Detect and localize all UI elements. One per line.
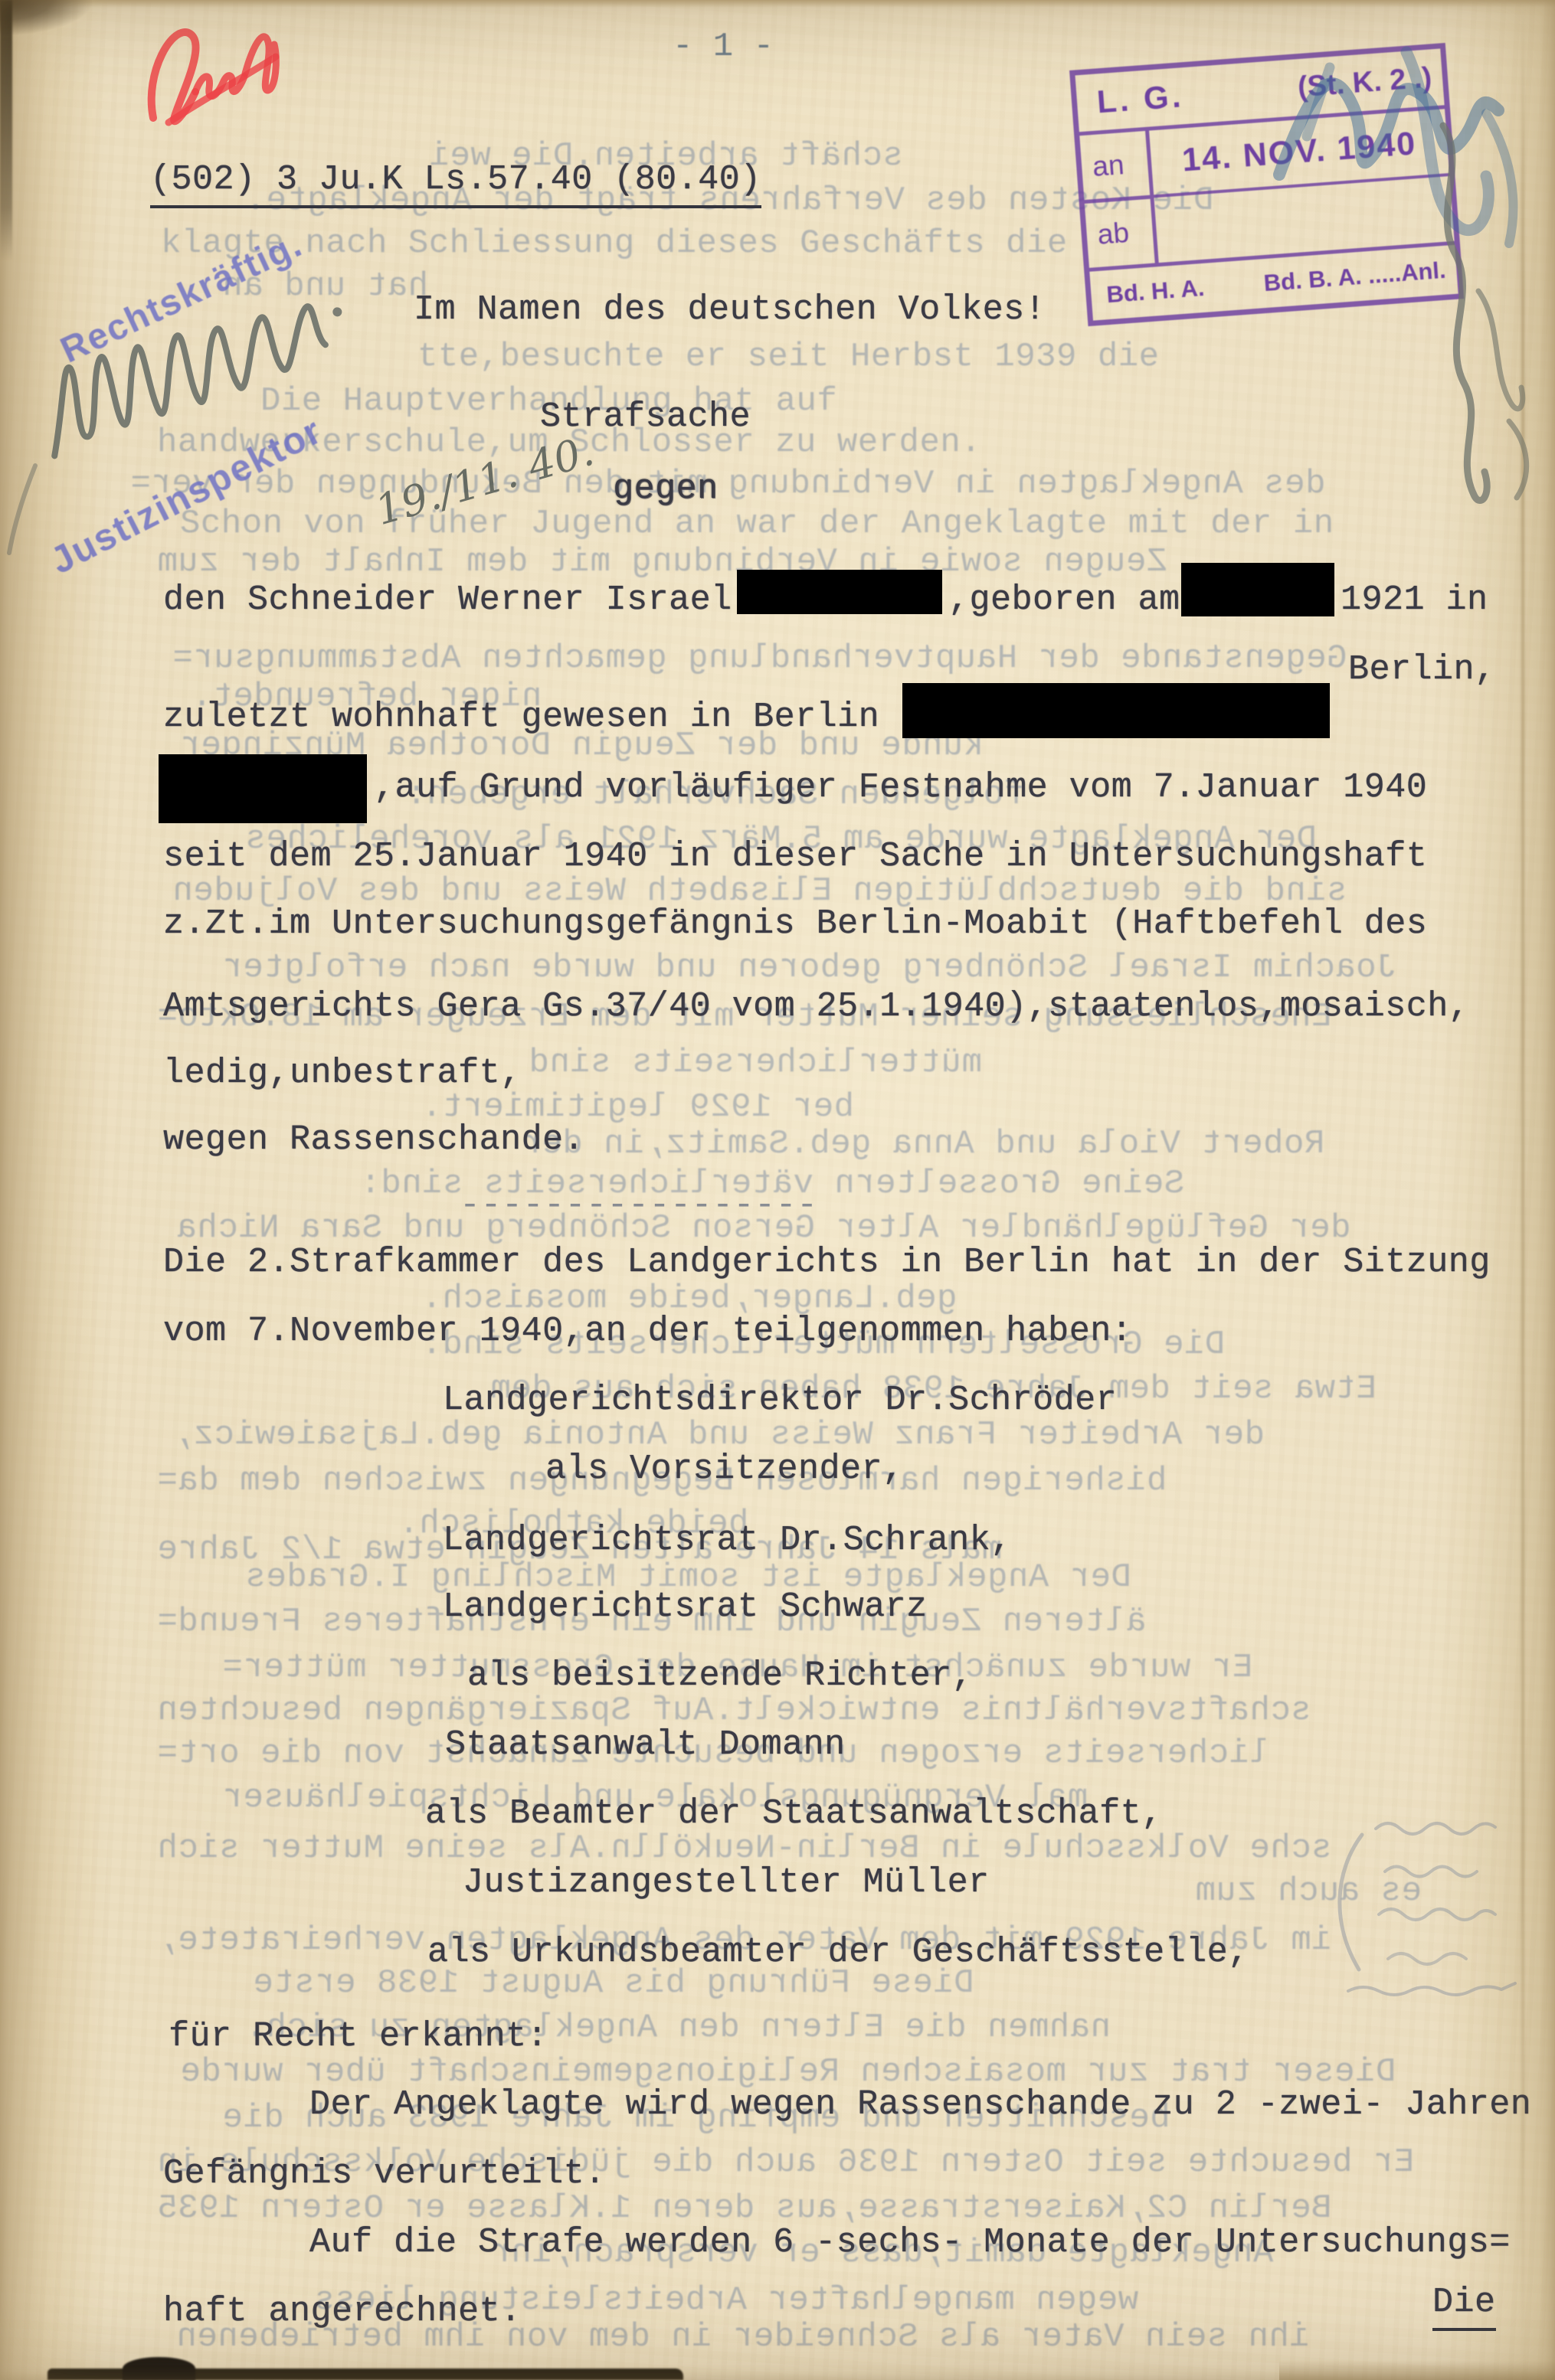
bleedthrough-text: sche Volksschule in Berlin-Neukölln.Als … — [157, 1832, 1332, 1865]
verdict-intro: für Recht erkannt: — [169, 2016, 548, 2057]
arrest-line-2: seit dem 25.Januar 1940 in dieser Sache … — [163, 836, 1427, 877]
paper-crease — [1521, 0, 1524, 2380]
justizinspektor-stamp: Justizinspektor — [44, 409, 329, 583]
bleedthrough-text: Berlin C2,Kaiserstrasse,aus deren 1.Klas… — [157, 2192, 1332, 2225]
paper-left-edge — [0, 0, 12, 260]
arrest-line-3: z.Zt.im Untersuchungsgefängnis Berlin-Mo… — [163, 904, 1427, 944]
verdict-line-1: Der Angeklagte wird wegen Rassenschande … — [309, 2084, 1531, 2125]
arrest-line-5: ledig,unbestraft, — [163, 1053, 522, 1094]
bleedthrough-text: schaftsverhältnis entwickelt.Auf Spazier… — [157, 1694, 1311, 1728]
redaction-box-address-1 — [902, 683, 1330, 738]
prosecutor-role: als Beamter der Staatsanwaltschaft, — [425, 1793, 1163, 1834]
redaction-box-surname — [737, 570, 942, 614]
paper-bottom-tear — [123, 2357, 195, 2380]
verdict-line-2: Gefängnis verurteilt. — [163, 2153, 606, 2194]
bleedthrough-text: Zeugen sowie in Verbindung mit dem Inhal… — [157, 545, 1167, 579]
paper-corner-shadow — [0, 0, 92, 35]
bleedthrough-text: Joachim Israel Schönberg geboren und wur… — [222, 951, 1397, 985]
catchword: Die — [1432, 2282, 1496, 2331]
verdict-line-3: Auf die Strafe werden 6 -sechs- Monate d… — [309, 2222, 1511, 2263]
bleedthrough-text: der Arbeiter Franz Weiss und Antonia geb… — [172, 1418, 1265, 1452]
redaction-box-birthdate — [1181, 563, 1334, 616]
paper-top-edge — [0, 0, 1555, 8]
clerk: Justizangestellter Müller — [463, 1862, 990, 1903]
judge-2: Landgerichtsrat Dr.Schrank, — [443, 1520, 1012, 1561]
arrest-line-4: Amtsgerichts Gera Gs.37/40 vom 25.1.1940… — [163, 986, 1469, 1027]
bleedthrough-text: mütterlicherseits sind — [529, 1046, 982, 1080]
registry-date-stamp: L. G. (St. K. 2 .) an ab 14. NOV. 1940 B… — [1069, 43, 1464, 326]
bleedthrough-text: Gegenstande der Hauptverhandlung gemacht… — [172, 642, 1347, 675]
scanned-court-document: schäft arbeiten.Die weiDie Kosten des Ve… — [0, 0, 1555, 2380]
judge-presiding-role: als Vorsitzender, — [545, 1449, 904, 1489]
stamp-court-abbr: L. G. — [1095, 77, 1185, 120]
pencil-marginalia — [1311, 1798, 1549, 2020]
arrest-line-1: ,auf Grund vorläufiger Festnahme vom 7.J… — [374, 767, 1427, 808]
redaction-box-address-2 — [159, 754, 367, 823]
stamp-volume-left: Bd. H. A. — [1105, 274, 1205, 309]
accused-city: Berlin, — [1348, 649, 1496, 690]
judgment-title: Im Namen des deutschen Volkes! — [414, 289, 1046, 330]
bleedthrough-text: tte,besuchte er seit Herbst 1939 die — [417, 340, 1160, 374]
court-line-2: vom 7.November 1940,an der teilgenommen … — [163, 1311, 1132, 1352]
handwritten-date: 19./11. 40. — [370, 427, 599, 535]
stamp-row-ab: ab — [1085, 199, 1155, 268]
pencil-margin-mark — [2, 459, 47, 559]
prosecutor: Staatsanwalt Domann — [445, 1725, 846, 1765]
paper-bottom-shadow — [1279, 2360, 1555, 2380]
court-line-1: Die 2.Strafkammer des Landgerichts in Be… — [163, 1242, 1491, 1283]
accused-line-name: den Schneider Werner Israel — [163, 580, 732, 620]
red-crayon-signature — [129, 2, 290, 133]
stamp-chamber: (St. K. 2 .) — [1297, 61, 1433, 104]
judge-presiding: Landgerichtsdirektor Dr.Schröder — [443, 1380, 1117, 1420]
judge-3: Landgerichtsrat Schwarz — [443, 1587, 928, 1627]
accused-line-born: ,geboren am — [948, 580, 1180, 620]
judges-role: als beisitzende Richter, — [467, 1656, 973, 1696]
residence-line: zuletzt wohnhaft gewesen in Berlin — [163, 697, 879, 737]
bleedthrough-text: Robert Viola und Anna geb.Samitz,in der — [521, 1127, 1324, 1161]
against-word: gegen — [613, 469, 719, 509]
stamp-row-an: an — [1079, 131, 1150, 204]
clerk-role: als Urkundsbeamter der Geschäftsstelle, — [427, 1932, 1249, 1973]
stamp-volume-right: Bd. B. A. .....Anl. — [1262, 257, 1446, 297]
rechtskraeftig-stamp: Rechtskräftig. — [54, 222, 309, 371]
accused-line-year: 1921 in — [1341, 580, 1488, 620]
page-number: - 1 - — [673, 28, 774, 66]
charge-underline-dashes: ----------------- — [460, 1185, 818, 1226]
case-number: (502) 3 Ju.K Ls.57.40 (80.40) — [150, 159, 761, 208]
verdict-line-4: haft angerechnet. — [163, 2291, 522, 2332]
bleedthrough-text: Schon von früher Jugend an war der Angek… — [180, 507, 1334, 541]
bleedthrough-text: es auch zum — [1195, 1875, 1422, 1908]
bleedthrough-text: des Angeklagten in Verbindung mit den Be… — [130, 467, 1325, 501]
charge-line: wegen Rassenschande. — [163, 1120, 584, 1160]
